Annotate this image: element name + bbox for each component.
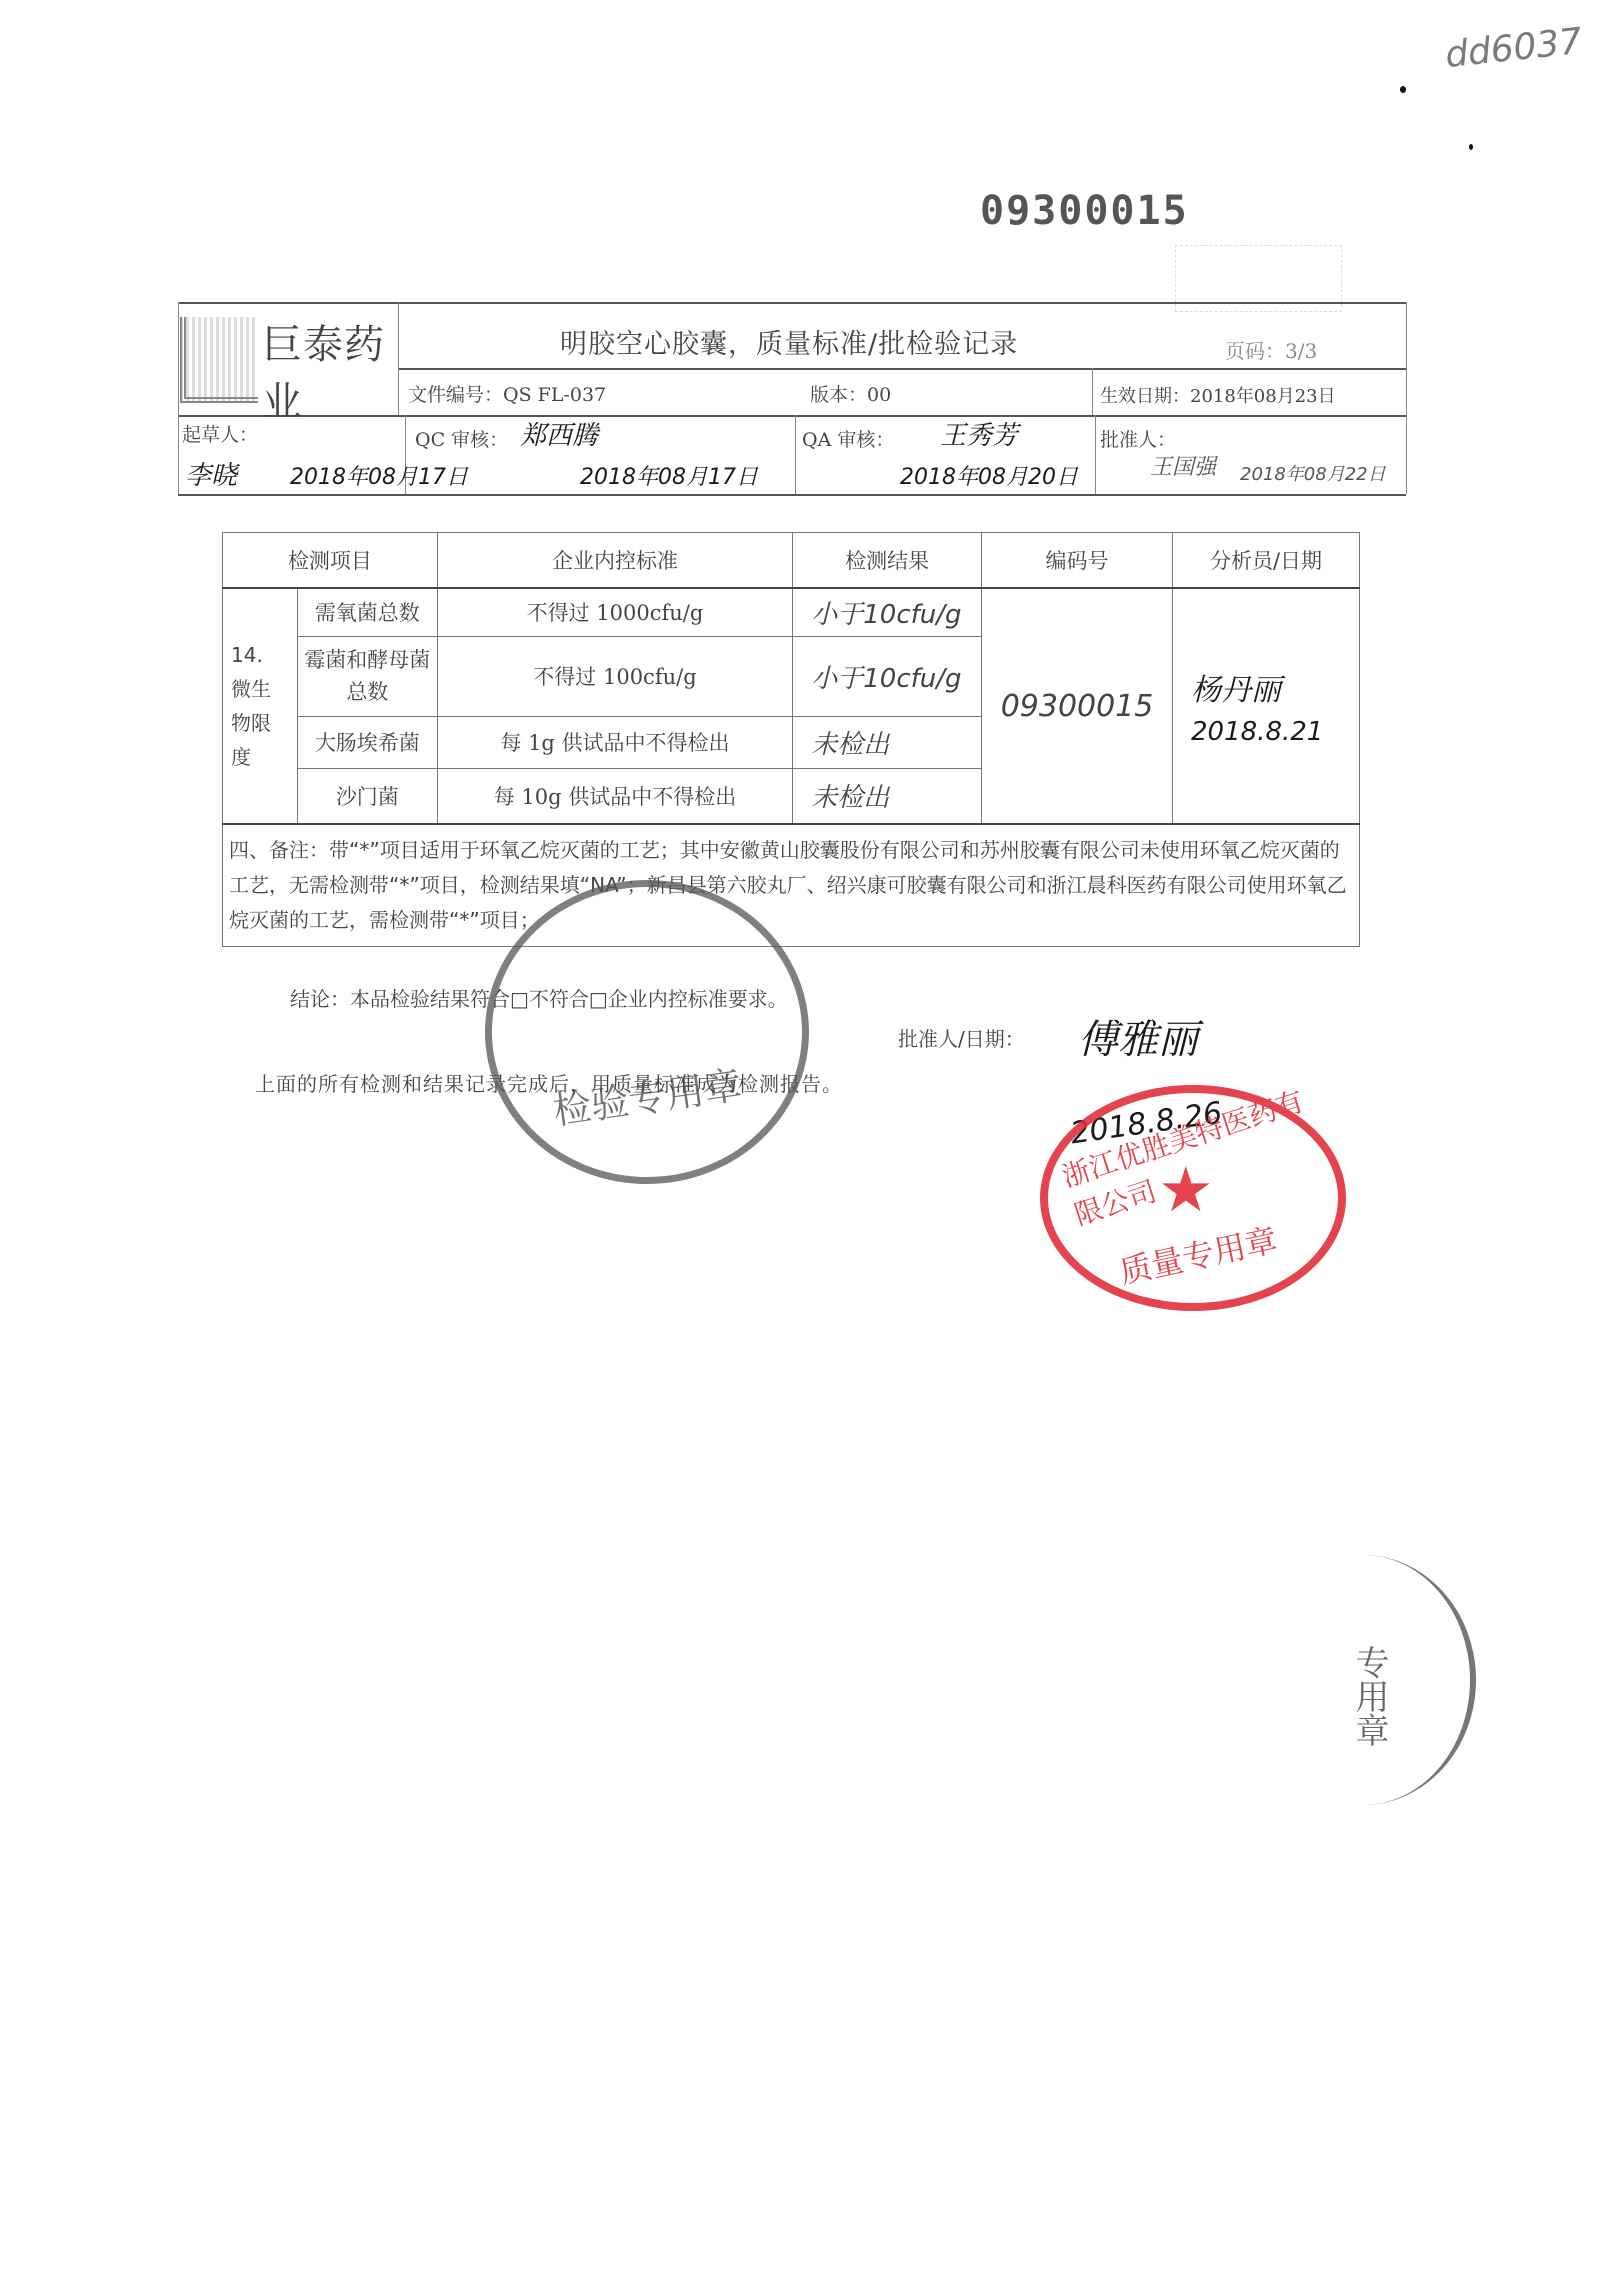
approver-signature: 傅雅丽 (1078, 1008, 1198, 1065)
version: 版本：00 (810, 380, 891, 407)
test-result: 小于10cfu/g (793, 636, 982, 716)
seal-label: 质量专用章 (1115, 1215, 1281, 1293)
column-header: 编码号 (982, 533, 1173, 589)
quality-seal: 浙江优胜美特医药有限公司 ★ 质量专用章 (1040, 1085, 1346, 1311)
analyst-cell: 杨丹丽 2018.8.21 (1173, 588, 1360, 824)
test-item: 沙门菌 (297, 768, 437, 824)
seal-label: 专用章 (1345, 1645, 1394, 1747)
rule (398, 368, 1406, 370)
code-number: 09300015 (982, 588, 1173, 824)
drafter-date: 2018年08月17日 (290, 460, 468, 491)
table-row: 14. 微生物限度 需氧菌总数 不得过 1000cfu/g 小于10cfu/g … (223, 588, 1360, 636)
analyst-date: 2018.8.21 (1173, 717, 1359, 747)
file-number: 文件编号：QS FL-037 (408, 380, 606, 407)
qa-date: 2018年08月20日 (900, 460, 1078, 491)
test-record-table: 检测项目 企业内控标准 检测结果 编码号 分析员/日期 14. 微生物限度 需氧… (222, 532, 1360, 947)
test-item: 需氧菌总数 (297, 588, 437, 636)
analyst-signature: 杨丹丽 (1173, 665, 1359, 709)
rule (178, 494, 1406, 496)
rule (1095, 415, 1096, 494)
ink-dot (1469, 144, 1473, 150)
drafter-label: 起草人： (182, 420, 258, 447)
group-label: 14. 微生物限度 (223, 588, 298, 824)
remarks-row: 四、备注：带“*”项目适用于环氧乙烷灭菌的工艺；其中安徽黄山胶囊股份有限公司和苏… (223, 824, 1360, 947)
test-result: 未检出 (793, 716, 982, 768)
test-standard: 每 1g 供试品中不得检出 (437, 716, 793, 768)
qc-label: QC 审核： (415, 425, 508, 452)
qc-date: 2018年08月17日 (580, 460, 758, 491)
inspection-seal: 检验专用章 (485, 880, 809, 1184)
test-result: 未检出 (793, 768, 982, 824)
test-standard: 不得过 100cfu/g (437, 636, 793, 716)
rule (1406, 302, 1407, 494)
ink-dot (1400, 86, 1406, 93)
seal-label: 检验专用章 (549, 1054, 745, 1135)
test-standard: 不得过 1000cfu/g (437, 588, 793, 636)
remarks-text: 四、备注：带“*”项目适用于环氧乙烷灭菌的工艺；其中安徽黄山胶囊股份有限公司和苏… (223, 824, 1360, 947)
rule (1092, 368, 1093, 415)
test-standard: 每 10g 供试品中不得检出 (437, 768, 793, 824)
qa-label: QA 审核： (802, 425, 894, 452)
test-result: 小于10cfu/g (793, 588, 982, 636)
qa-signature: 王秀芳 (940, 415, 1018, 452)
column-header: 企业内控标准 (437, 533, 793, 589)
column-header: 检测结果 (793, 533, 982, 589)
partial-seal: 专用章 (1250, 1555, 1476, 1805)
approver-label: 批准人/日期： (898, 1023, 1025, 1052)
company-logo: 巨泰药业 (180, 305, 400, 405)
logo-text: 巨泰药业 (262, 313, 400, 427)
drafter-signature: 李晓 (185, 455, 237, 492)
rule (178, 302, 1406, 304)
handwritten-reference: dd6037 (1443, 21, 1584, 76)
approve-label: 批准人： (1100, 425, 1176, 452)
test-item: 霉菌和酵母菌总数 (297, 636, 437, 716)
test-item: 大肠埃希菌 (297, 716, 437, 768)
batch-number-stamp: 09300015 (980, 188, 1189, 234)
rule (795, 415, 796, 494)
document-title: 明胶空心胶囊，质量标准/批检验记录 (560, 322, 1018, 361)
column-header: 分析员/日期 (1173, 533, 1360, 589)
column-header: 检测项目 (223, 533, 438, 589)
approve-date: 2018年08月22日 (1240, 460, 1386, 486)
table-header-row: 检测项目 企业内控标准 检测结果 编码号 分析员/日期 (223, 533, 1360, 589)
star-icon: ★ (1158, 1153, 1214, 1226)
approve-signature: 王国强 (1150, 450, 1216, 481)
rule (178, 302, 179, 494)
qc-signature: 郑西腾 (520, 415, 598, 452)
effective-date: 生效日期：2018年08月23日 (1100, 382, 1336, 408)
logo-mark-icon (180, 317, 258, 403)
page-number: 页码：3/3 (1225, 335, 1317, 364)
